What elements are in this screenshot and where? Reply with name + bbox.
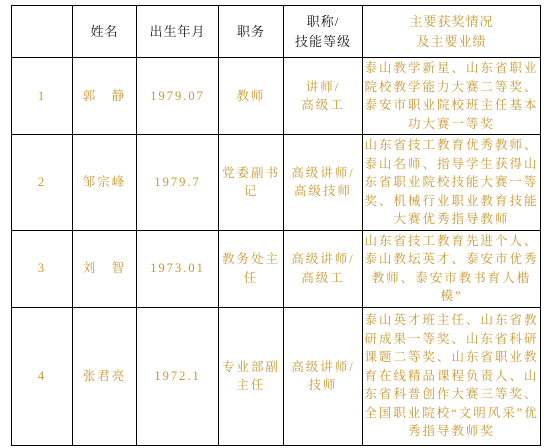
cell-birth-date: 1979.07 xyxy=(137,58,219,135)
cell-row-number: 1 xyxy=(12,58,73,135)
table-row: 2 邹宗峰 1979.7 党委副书记 高级讲师/ 高级技师 山东省技工教育优秀教… xyxy=(12,135,541,231)
col-header-name: 姓名 xyxy=(73,6,137,58)
table-row: 4 张君亮 1972.1 专业部副主任 高级讲师/ 技师 泰山英才班主任、山东省… xyxy=(12,307,541,445)
cell-birth-date: 1972.1 xyxy=(137,307,219,445)
cell-title-level: 高级讲师/ 高级工 xyxy=(284,230,363,307)
col-header-position: 职务 xyxy=(219,6,284,58)
cell-name: 刘 智 xyxy=(73,230,137,307)
table-header-row: 姓名 出生年月 职务 职称/ 技能等级 主要获奖情况 及主要业绩 xyxy=(12,6,541,58)
cell-name: 张君亮 xyxy=(73,307,137,445)
cell-position: 专业部副主任 xyxy=(219,307,284,445)
table-row: 1 郭 静 1979.07 教师 讲师/ 高级工 泰山教学新星、山东省职业院校教… xyxy=(12,58,541,135)
cell-position: 教务处主任 xyxy=(219,230,284,307)
cell-achievements: 山东省技工教育优秀教师、泰山名师、指导学生获得山东省职业院校技能大赛一等奖、机械… xyxy=(363,135,541,231)
cell-name: 邹宗峰 xyxy=(73,135,137,231)
cell-row-number: 2 xyxy=(12,135,73,231)
col-header-title: 职称/ 技能等级 xyxy=(284,6,363,58)
col-header-no xyxy=(12,6,73,58)
cell-name: 郭 静 xyxy=(73,58,137,135)
cell-achievements: 泰山教学新星、山东省职业院校教学能力大赛二等奖、泰安市职业院校班主任基本功大赛一… xyxy=(363,58,541,135)
cell-title-level: 高级讲师/ 高级技师 xyxy=(284,135,363,231)
document-page: 姓名 出生年月 职务 职称/ 技能等级 主要获奖情况 及主要业绩 1 郭 静 1… xyxy=(0,0,548,448)
cell-birth-date: 1973.01 xyxy=(137,230,219,307)
cell-position: 党委副书记 xyxy=(219,135,284,231)
cell-achievements: 山东省技工教育先进个人、泰山教坛英才、泰安市优秀教师、泰安市教书育人楷模” xyxy=(363,230,541,307)
cell-title-level: 讲师/ 高级工 xyxy=(284,58,363,135)
cell-achievements: 泰山英才班主任、山东省教研成果一等奖、山东省科研课题二等奖、山东省职业教育在线精… xyxy=(363,307,541,445)
cell-title-level: 高级讲师/ 技师 xyxy=(284,307,363,445)
col-header-birth: 出生年月 xyxy=(137,6,219,58)
table-row: 3 刘 智 1973.01 教务处主任 高级讲师/ 高级工 山东省技工教育先进个… xyxy=(12,230,541,307)
teachers-table: 姓名 出生年月 职务 职称/ 技能等级 主要获奖情况 及主要业绩 1 郭 静 1… xyxy=(11,5,541,446)
cell-birth-date: 1979.7 xyxy=(137,135,219,231)
cell-position: 教师 xyxy=(219,58,284,135)
cell-row-number: 3 xyxy=(12,230,73,307)
cell-row-number: 4 xyxy=(12,307,73,445)
col-header-achievements: 主要获奖情况 及主要业绩 xyxy=(363,6,541,58)
